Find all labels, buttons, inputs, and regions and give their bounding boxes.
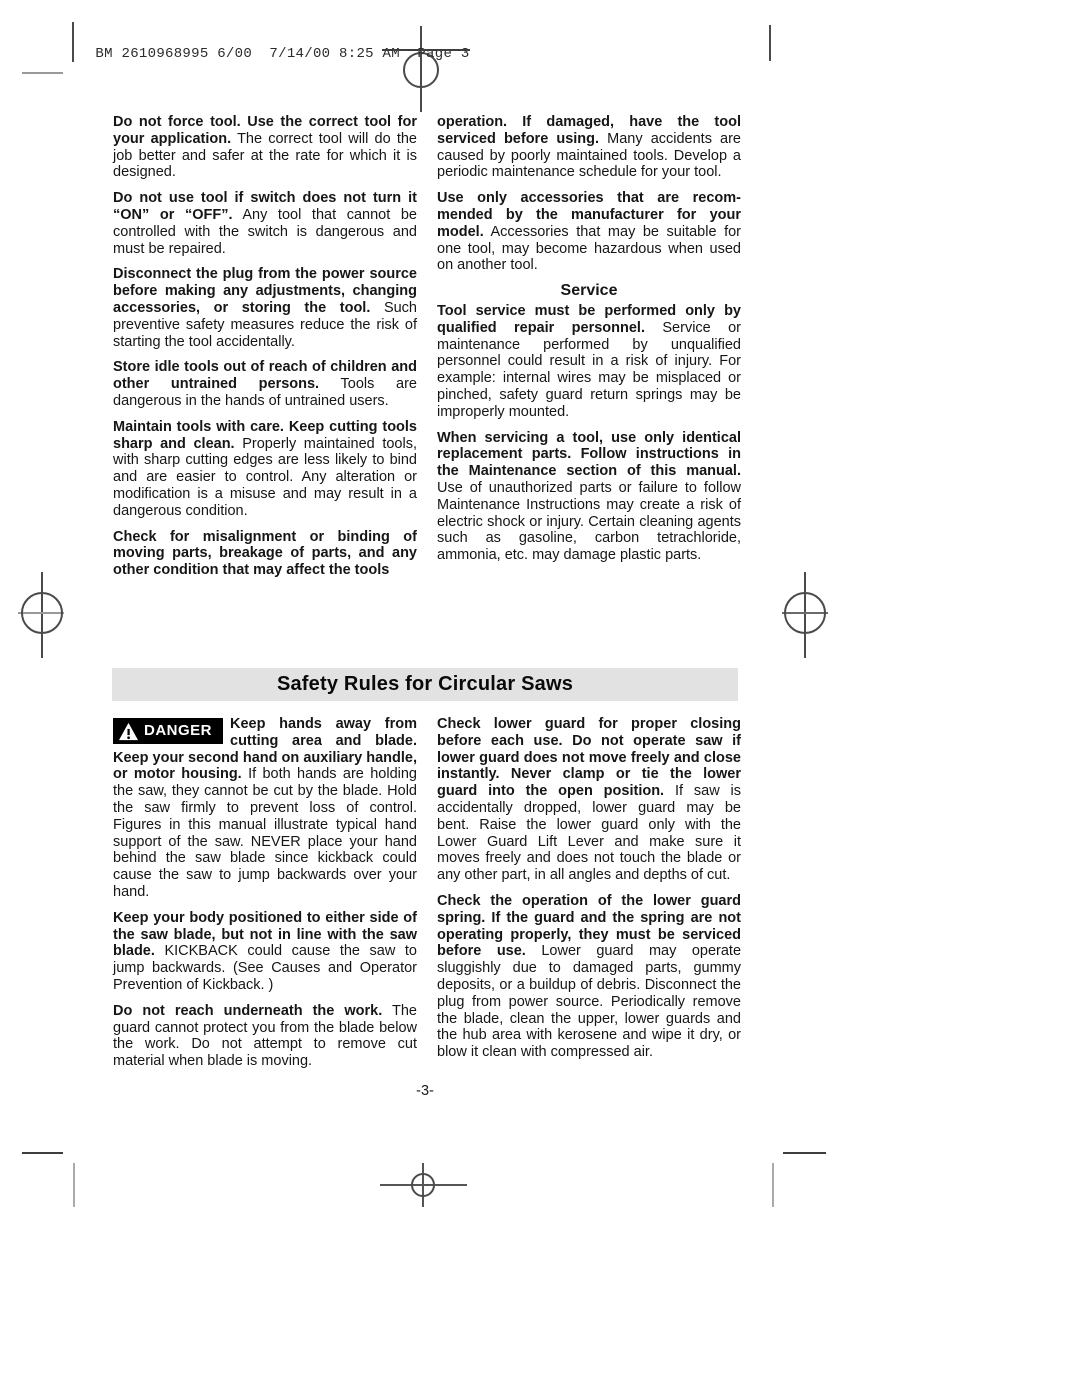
crop-mark-top-right-vertical	[769, 25, 771, 61]
print-header: BM 2610968995 6/00 7/14/00 8:25 AM Page …	[78, 30, 470, 62]
registration-mark-right-circle	[784, 592, 826, 634]
danger-badge: DANGER	[113, 718, 223, 744]
safety-paragraph: Do not force tool. Use the correct tool …	[113, 114, 417, 181]
crop-mark-bottom-left-horizontal	[22, 1152, 63, 1154]
paragraph-body: Use of unauthorized parts or failure to …	[437, 480, 741, 563]
page-number: -3-	[112, 1083, 738, 1099]
safety-paragraph: Do not reach underneath the work. The gu…	[113, 1003, 417, 1070]
paragraph-lead: When servicing a tool, use only identica…	[437, 430, 741, 480]
paragraph-body: KICKBACK could cause the saw to jump bac…	[113, 943, 417, 993]
page-number-underline	[382, 49, 470, 51]
paragraph-body: Lower guard may operate sluggishly due t…	[437, 943, 741, 1060]
danger-label: DANGER	[144, 718, 212, 744]
danger-paragraph: DANGER Keep hands away from cutting area…	[113, 716, 417, 901]
registration-mark-bottom-circle	[411, 1173, 435, 1197]
crop-mark-bottom-left-vertical	[73, 1163, 75, 1207]
section-title: Safety Rules for Circular Saws	[277, 673, 573, 695]
warning-triangle-icon	[118, 722, 139, 741]
safety-paragraph: Use only accessories that are recom-mend…	[437, 190, 741, 274]
crop-mark-top-left-vertical	[72, 22, 74, 62]
safety-paragraph: Store idle tools out of reach of childre…	[113, 359, 417, 409]
safety-paragraph: Check lower guard for proper closing bef…	[437, 716, 741, 884]
paragraph-lead: Do not reach underneath the work.	[113, 1003, 382, 1019]
bottom-left-column: DANGER Keep hands away from cutting area…	[113, 716, 417, 1079]
safety-paragraph: Check the operation of the lower guard s…	[437, 893, 741, 1061]
paragraph-body: If both hands are holding the saw, they …	[113, 766, 417, 900]
section-title-bar: Safety Rules for Circular Saws	[112, 668, 738, 701]
safety-paragraph: operation. If damaged, have the tool ser…	[437, 114, 741, 181]
service-heading: Service	[437, 283, 741, 300]
safety-paragraph: Keep your body positioned to either side…	[113, 910, 417, 994]
safety-paragraph: When servicing a tool, use only identica…	[437, 430, 741, 564]
paragraph-lead: Disconnect the plug from the power sourc…	[113, 266, 417, 316]
top-left-column: Do not force tool. Use the correct tool …	[113, 114, 417, 588]
crop-mark-bottom-right-horizontal	[783, 1152, 826, 1154]
safety-paragraph: Tool service must be performed only by q…	[437, 303, 741, 421]
safety-paragraph: Maintain tools with care. Keep cutting t…	[113, 419, 417, 520]
bottom-right-column: Check lower guard for proper closing bef…	[437, 716, 741, 1070]
safety-paragraph: Check for misalignment or binding of mov…	[113, 529, 417, 579]
crop-mark-bottom-right-vertical	[772, 1163, 774, 1207]
registration-mark-left-circle	[21, 592, 63, 634]
top-right-column: operation. If damaged, have the tool ser…	[437, 114, 741, 573]
safety-paragraph: Disconnect the plug from the power sourc…	[113, 266, 417, 350]
paragraph-lead: Check for misalignment or binding of mov…	[113, 529, 417, 579]
safety-paragraph: Do not use tool if switch does not turn …	[113, 190, 417, 257]
crop-mark-top-left-horizontal	[22, 72, 63, 74]
